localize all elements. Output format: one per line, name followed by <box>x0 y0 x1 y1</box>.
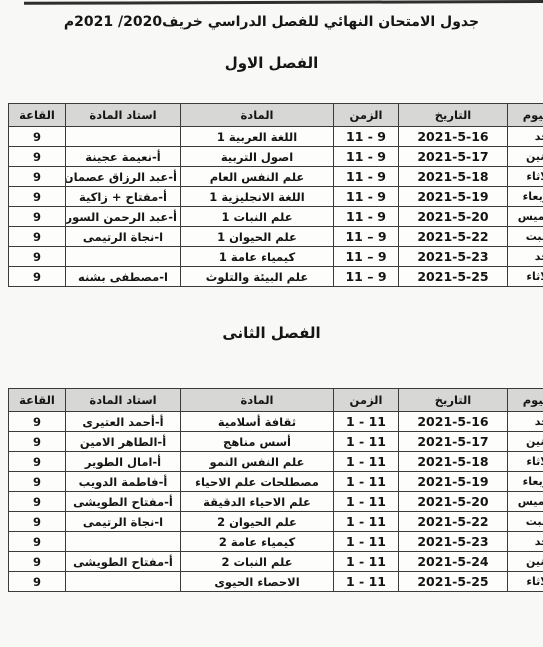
day-cell: الثلاثاء <box>508 267 543 287</box>
section-title-semester1: الفصل الاول <box>0 54 543 72</box>
subject-cell: علم الحيوان 1 <box>181 227 334 247</box>
teacher-cell: أ-أحمد العتيرى <box>66 412 181 432</box>
day-column-header: اليوم <box>508 104 543 127</box>
teacher-cell: أ-مفتاح + زاكية <box>66 187 181 207</box>
table-row: الثلاثاء 2021-5-18 11 - 9 علم النفس العا… <box>9 167 543 187</box>
date-cell: 2021-5-24 <box>399 552 508 572</box>
date-cell: 2021-5-23 <box>399 532 508 552</box>
subject-cell: كيمياء عامة 2 <box>181 532 334 552</box>
hall-cell: 9 <box>9 492 66 512</box>
date-cell: 2021-5-18 <box>399 167 508 187</box>
teacher-cell <box>66 127 181 147</box>
subject-cell: علم النبات 1 <box>181 207 334 227</box>
table-row: الاحد 2021-5-16 11 - 9 اللغة العربية 1 9 <box>9 127 543 147</box>
subject-cell: علم البيئة والتلوث <box>181 267 334 287</box>
section-title-semester2: الفصل الثانى <box>0 324 543 342</box>
time-cell: 11 - 9 <box>334 147 399 167</box>
table-row: الاثنين 2021-5-17 11 - 9 اصول التربية أ-… <box>9 147 543 167</box>
date-cell: 2021-5-16 <box>399 127 508 147</box>
hall-column-header: القاعة <box>9 389 66 412</box>
subject-cell: ثقافة أسلامية <box>181 412 334 432</box>
table-row: السبت 2021-5-22 11 – 9 علم الحيوان 1 ا-ن… <box>9 227 543 247</box>
date-cell: 2021-5-25 <box>399 267 508 287</box>
date-cell: 2021-5-19 <box>399 187 508 207</box>
day-cell: السبت <box>508 512 543 532</box>
time-cell: 1 - 11 <box>334 432 399 452</box>
teacher-cell: أ-فاطمة الدويب <box>66 472 181 492</box>
time-cell: 11 - 9 <box>334 127 399 147</box>
table-row: الاحد 2021-5-23 11 – 9 كيمياء عامة 1 9 <box>9 247 543 267</box>
subject-cell: علم الاحياء الدقيقة <box>181 492 334 512</box>
hall-cell: 9 <box>9 412 66 432</box>
hall-cell: 9 <box>9 432 66 452</box>
hall-cell: 9 <box>9 187 66 207</box>
day-cell: الاربعاء <box>508 472 543 492</box>
teacher-cell <box>66 247 181 267</box>
day-cell: الثلاثاء <box>508 452 543 472</box>
hall-cell: 9 <box>9 452 66 472</box>
hall-cell: 9 <box>9 472 66 492</box>
hall-cell: 9 <box>9 247 66 267</box>
teacher-cell <box>66 572 181 592</box>
subject-cell: الاحصاء الحيوى <box>181 572 334 592</box>
teacher-cell: ا-مصطفى بشنه <box>66 267 181 287</box>
subject-cell: علم النفس النمو <box>181 452 334 472</box>
hall-cell: 9 <box>9 207 66 227</box>
table-row: الاثنين 2021-5-24 1 - 11 علم النبات 2 أ-… <box>9 552 543 572</box>
time-cell: 11 – 9 <box>334 247 399 267</box>
time-cell: 1 - 11 <box>334 472 399 492</box>
teacher-cell <box>66 532 181 552</box>
teacher-cell: أ-عبد الرحمن السورى <box>66 207 181 227</box>
day-cell: الاثنين <box>508 147 543 167</box>
subject-cell: مصطلحات علم الاحياء <box>181 472 334 492</box>
date-cell: 2021-5-25 <box>399 572 508 592</box>
date-cell: 2021-5-22 <box>399 512 508 532</box>
hall-cell: 9 <box>9 227 66 247</box>
day-cell: الثلاثاء <box>508 167 543 187</box>
time-cell: 1 - 11 <box>334 512 399 532</box>
table-row: الثلاثاء 2021-5-18 1 - 11 علم النفس النم… <box>9 452 543 472</box>
teacher-cell: أ-الطاهر الامين <box>66 432 181 452</box>
header-row: اليوم التاريخ الزمن المادة استاد المادة … <box>9 104 543 127</box>
table-row: الثلاثاء 2021-5-25 1 - 11 الاحصاء الحيوى… <box>9 572 543 592</box>
table-row: الاثنين 2021-5-17 1 - 11 أسس مناهج أ-الط… <box>9 432 543 452</box>
header-row: اليوم التاريخ الزمن المادة استاد المادة … <box>9 389 543 412</box>
table-row: السبت 2021-5-22 1 - 11 علم الحيوان 2 ا-ن… <box>9 512 543 532</box>
day-cell: الاحد <box>508 127 543 147</box>
teacher-cell: ا-نجاة الرتيمى <box>66 512 181 532</box>
teacher-column-header: استاد المادة <box>66 104 181 127</box>
time-column-header: الزمن <box>334 104 399 127</box>
subject-cell: اللغة العربية 1 <box>181 127 334 147</box>
date-column-header: التاريخ <box>399 389 508 412</box>
hall-cell: 9 <box>9 552 66 572</box>
teacher-cell: أ-مفتاح الطويشى <box>66 492 181 512</box>
day-cell: الثلاثاء <box>508 572 543 592</box>
subject-cell: كيمياء عامة 1 <box>181 247 334 267</box>
time-cell: 1 - 11 <box>334 452 399 472</box>
subject-cell: اصول التربية <box>181 147 334 167</box>
hall-cell: 9 <box>9 512 66 532</box>
date-cell: 2021-5-16 <box>399 412 508 432</box>
hall-cell: 9 <box>9 127 66 147</box>
day-cell: الاثنين <box>508 552 543 572</box>
semester2-exam-table: اليوم التاريخ الزمن المادة استاد المادة … <box>8 388 543 592</box>
day-cell: الاحد <box>508 247 543 267</box>
day-cell: الخميس <box>508 207 543 227</box>
time-cell: 1 - 11 <box>334 492 399 512</box>
date-cell: 2021-5-18 <box>399 452 508 472</box>
time-cell: 11 - 9 <box>334 207 399 227</box>
date-cell: 2021-5-23 <box>399 247 508 267</box>
day-cell: الاثنين <box>508 432 543 452</box>
date-cell: 2021-5-19 <box>399 472 508 492</box>
teacher-cell: أ-عبد الرزاق عصمان <box>66 167 181 187</box>
time-cell: 11 - 9 <box>334 167 399 187</box>
subject-column-header: المادة <box>181 104 334 127</box>
teacher-cell: أ-مفتاح الطويشى <box>66 552 181 572</box>
time-cell: 1 - 11 <box>334 532 399 552</box>
day-cell: الاحد <box>508 532 543 552</box>
table-row: الخميس 2021-5-20 1 - 11 علم الاحياء الدق… <box>9 492 543 512</box>
subject-cell: علم الحيوان 2 <box>181 512 334 532</box>
hall-cell: 9 <box>9 267 66 287</box>
subject-cell: علم النفس العام <box>181 167 334 187</box>
time-cell: 11 – 9 <box>334 267 399 287</box>
table-row: الاربعاء 2021-5-19 11 - 9 اللغة الانجليز… <box>9 187 543 207</box>
day-cell: الاربعاء <box>508 187 543 207</box>
table-row: الثلاثاء 2021-5-25 11 – 9 علم البيئة وال… <box>9 267 543 287</box>
hall-cell: 9 <box>9 532 66 552</box>
date-cell: 2021-5-20 <box>399 492 508 512</box>
teacher-cell: أ-امال الطوير <box>66 452 181 472</box>
hall-cell: 9 <box>9 167 66 187</box>
date-cell: 2021-5-17 <box>399 147 508 167</box>
time-cell: 1 - 11 <box>334 572 399 592</box>
subject-cell: علم النبات 2 <box>181 552 334 572</box>
day-cell: الخميس <box>508 492 543 512</box>
time-column-header: الزمن <box>334 389 399 412</box>
teacher-column-header: استاد المادة <box>66 389 181 412</box>
time-cell: 1 - 11 <box>334 412 399 432</box>
hall-column-header: القاعة <box>9 104 66 127</box>
day-cell: السبت <box>508 227 543 247</box>
subject-cell: اللغة الانجليزية 1 <box>181 187 334 207</box>
table-row: الاحد 2021-5-23 1 - 11 كيمياء عامة 2 9 <box>9 532 543 552</box>
table-row: الاحد 2021-5-16 1 - 11 ثقافة أسلامية أ-أ… <box>9 412 543 432</box>
date-cell: 2021-5-22 <box>399 227 508 247</box>
time-cell: 1 - 11 <box>334 552 399 572</box>
teacher-cell: ا-نجاة الرتيمى <box>66 227 181 247</box>
time-cell: 11 - 9 <box>334 187 399 207</box>
hall-cell: 9 <box>9 147 66 167</box>
teacher-cell: أ-نعيمة عجينة <box>66 147 181 167</box>
hall-cell: 9 <box>9 572 66 592</box>
day-column-header: اليوم <box>508 389 543 412</box>
date-cell: 2021-5-20 <box>399 207 508 227</box>
subject-column-header: المادة <box>181 389 334 412</box>
table-row: الخميس 2021-5-20 11 - 9 علم النبات 1 أ-ع… <box>9 207 543 227</box>
day-cell: الاحد <box>508 412 543 432</box>
table-row: الاربعاء 2021-5-19 1 - 11 مصطلحات علم ال… <box>9 472 543 492</box>
subject-cell: أسس مناهج <box>181 432 334 452</box>
time-cell: 11 – 9 <box>334 227 399 247</box>
date-cell: 2021-5-17 <box>399 432 508 452</box>
semester1-exam-table: اليوم التاريخ الزمن المادة استاد المادة … <box>8 103 543 287</box>
date-column-header: التاريخ <box>399 104 508 127</box>
